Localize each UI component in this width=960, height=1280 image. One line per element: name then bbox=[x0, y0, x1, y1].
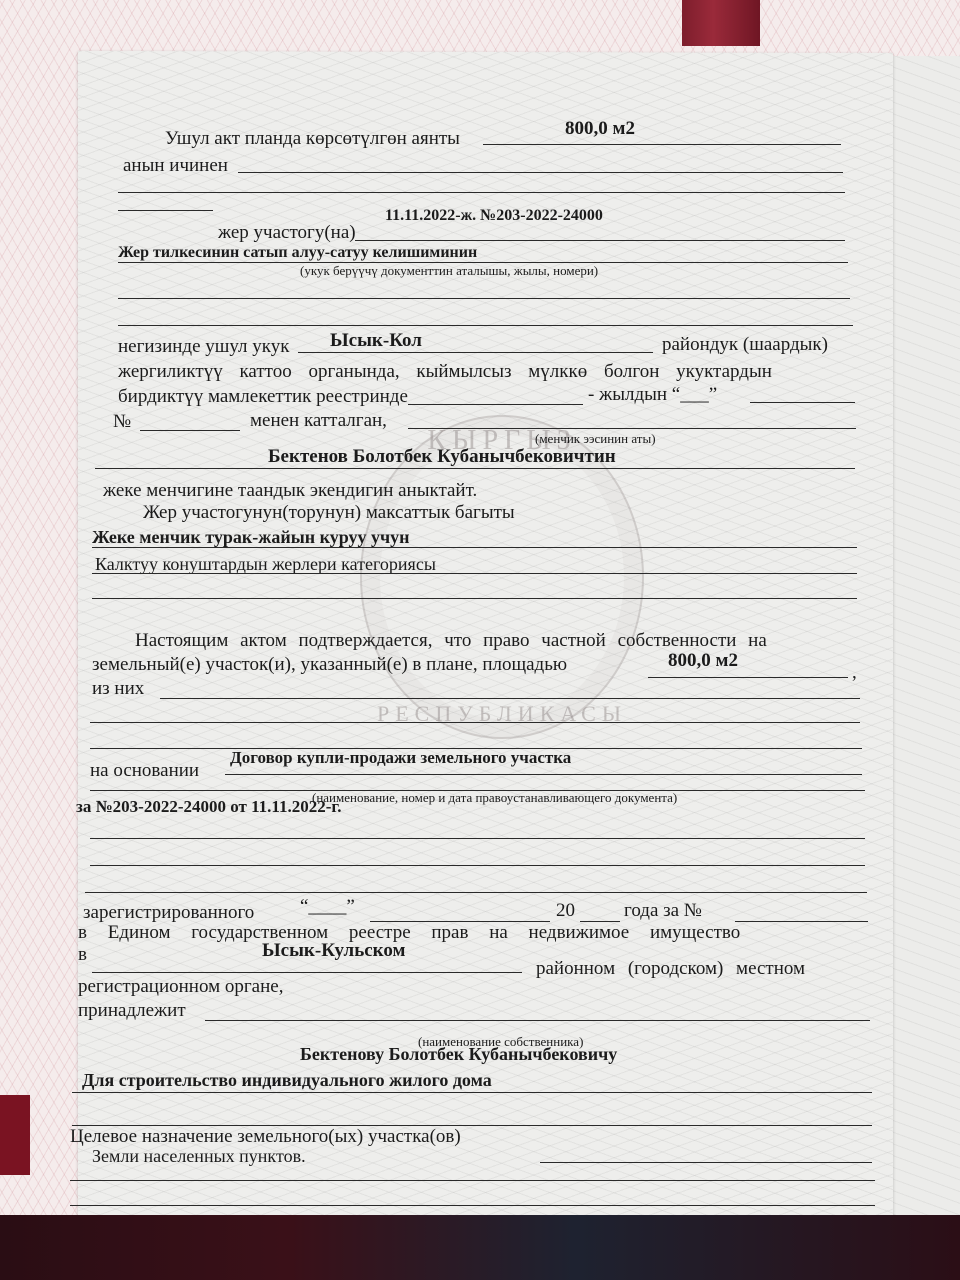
plot-label: жер участогу(на) bbox=[218, 222, 356, 244]
purpose-label-kg: Жер участогунун(торунун) максаттык багыт… bbox=[143, 502, 515, 524]
ru-organ-label: регистрационном органе, bbox=[78, 976, 283, 998]
emblem-bottom-text: РЕСПУБЛИКАСЫ bbox=[362, 701, 642, 727]
adjacent-page bbox=[890, 56, 960, 1226]
district-suffix-kg: райондук (шаардык) bbox=[662, 334, 828, 356]
ru-owner-name: Бектенову Болотбек Кубанычбековичу bbox=[300, 1044, 617, 1065]
owner-hint-kg: (менчик ээсинин аты) bbox=[535, 431, 656, 447]
ru-purpose-label: Целевое назначение земельного(ых) участк… bbox=[70, 1126, 461, 1148]
table-surface bbox=[0, 1215, 960, 1280]
ru-basis-hint: (наименование, номер и дата правоустанав… bbox=[312, 790, 677, 806]
doc-name-kg: Жер тилкесинин сатып алуу-сатуу келишими… bbox=[118, 244, 477, 262]
ru-belongs-label: принадлежит bbox=[78, 1000, 186, 1022]
basis-label-kg: негизинде ушул укук bbox=[118, 336, 289, 358]
registry-line-2: бирдиктүү мамлекеттик реестринде bbox=[118, 386, 408, 408]
ru-registry-line: в Едином государственном реестре прав на… bbox=[78, 922, 868, 944]
ru-year-prefix: 20 bbox=[556, 900, 575, 922]
owner-name-kg: Бектенов Болотбек Кубанычбековичтин bbox=[268, 446, 616, 468]
ru-of-which-label: из них bbox=[92, 678, 144, 700]
ru-use-value: Для строительство индивидуального жилого… bbox=[82, 1070, 492, 1091]
ru-in-label: в bbox=[78, 944, 87, 966]
doc-ref-kg: 11.11.2022-ж. №203-2022-24000 bbox=[385, 207, 603, 225]
confirm-text-kg: жеке менчигине таандык экендигин аныктай… bbox=[103, 480, 477, 502]
purpose-value-kg: Жеке менчик турак-жайын куруу учун bbox=[92, 527, 410, 548]
ru-registered-quote: “____” bbox=[300, 896, 355, 918]
district-kg: Ысык-Кол bbox=[330, 330, 422, 352]
ru-confirm-line-2: земельный(е) участок(и), указанный(е) в … bbox=[92, 654, 567, 676]
cover-edge bbox=[0, 1095, 30, 1175]
ru-registered-label: зарегистрированного bbox=[83, 902, 254, 924]
ru-district: Ысык-Кульском bbox=[262, 940, 405, 962]
ru-confirm-line-1: Настоящим актом подтверждается, что прав… bbox=[135, 630, 857, 652]
of-which-label-kg: анын ичинен bbox=[123, 155, 228, 177]
doc-hint-kg: (укук берүүчү документтин аталышы, жылы,… bbox=[300, 263, 598, 279]
registered-label-kg: менен катталган, bbox=[250, 410, 387, 432]
ru-year-suffix: года за № bbox=[624, 900, 702, 922]
registry-line-1: жергиликтүү каттоо органында, кыймылсыз … bbox=[118, 361, 856, 383]
ru-basis-ref: за №203-2022-24000 от 11.11.2022-г. bbox=[76, 797, 341, 817]
area-value: 800,0 м2 bbox=[565, 118, 635, 140]
number-label-kg: № bbox=[113, 411, 131, 433]
ru-area-value: 800,0 м2 bbox=[668, 650, 738, 672]
area-label: Ушул акт планда көрсөтүлгөн аянты bbox=[165, 128, 460, 150]
category-value-kg: Калктуу конуштардын жерлери категориясы bbox=[95, 554, 436, 575]
ru-basis-value: Договор купли-продажи земельного участка bbox=[230, 748, 571, 768]
cover-ribbon bbox=[682, 0, 760, 46]
ru-basis-label: на основании bbox=[90, 760, 199, 782]
comma: , bbox=[852, 662, 857, 684]
ru-district-suffix: районном (городском) местном bbox=[536, 958, 868, 980]
year-label-kg: - жылдын “___” bbox=[588, 384, 717, 406]
ru-purpose-value: Земли населенных пунктов. bbox=[92, 1146, 306, 1167]
